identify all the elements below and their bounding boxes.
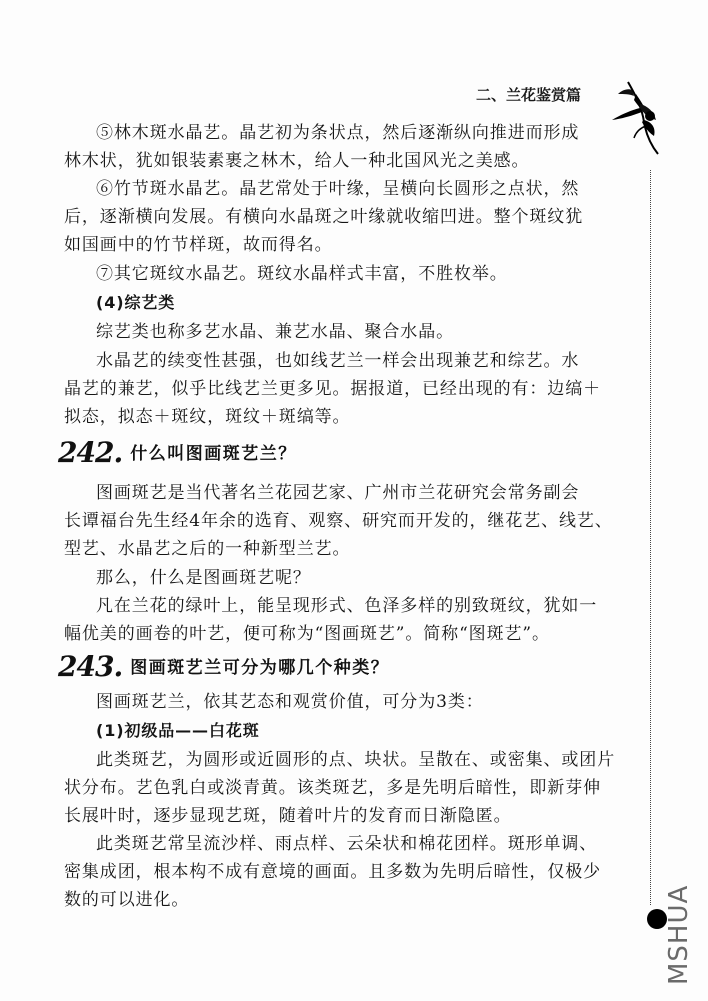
paragraph-line: ⑤林木斑水晶艺。晶艺初为条状点，然后逐渐纵向推进而形成 <box>96 123 579 143</box>
paragraph-line: 长展叶时，逐步显现艺斑，随着叶片的发育而日渐隐匿。 <box>64 806 512 826</box>
question-number: 242. <box>58 436 122 469</box>
question-heading-243: 243.图画斑艺兰可分为哪几个种类？ <box>58 650 389 683</box>
paragraph-line: 长谭福台先生经4年余的选育、观察、研究而开发的，继花艺、线艺、 <box>64 511 613 531</box>
running-header: 二、兰花鉴赏篇 <box>476 84 581 105</box>
paragraph-line: 后，逐渐横向发展。有横向水晶斑之叶缘就收缩凹进。整个斑纹犹 <box>64 207 583 227</box>
paragraph-line: 拟态，拟态＋斑纹，斑纹＋斑缟等。 <box>64 407 350 427</box>
question-heading-242: 242.什么叫图画斑艺兰？ <box>58 436 297 469</box>
orchid-sprig-icon <box>606 78 672 158</box>
watermark: MSHUA <box>664 885 694 985</box>
paragraph-line: 密集成团，根本构不成有意境的画面。且多数为先明后暗性，仅极少 <box>64 862 601 882</box>
paragraph-line: 水晶艺的续变性甚强，也如线艺兰一样会出现兼艺和综艺。水 <box>96 351 579 371</box>
paragraph-line: 综艺类也称多艺水晶、兼艺水晶、聚合水晶。 <box>96 322 454 342</box>
paragraph-line: 图画斑艺兰，依其艺态和观赏价值，可分为3类： <box>96 692 484 712</box>
paragraph-line: 那么，什么是图画斑艺呢？ <box>96 568 311 588</box>
paragraph-line: 此类斑艺，为圆形或近圆形的点、块状。呈散在、或密集、或团片 <box>96 750 615 770</box>
question-number: 243. <box>58 650 122 683</box>
paragraph-line: 如国画中的竹节样斑，故而得名。 <box>64 235 333 255</box>
question-title: 图画斑艺兰可分为哪几个种类？ <box>130 658 389 678</box>
subheading: (1)初级品——白花斑 <box>96 721 260 741</box>
paragraph-line: 图画斑艺是当代著名兰花园艺家、广州市兰花研究会常务副会 <box>96 483 579 503</box>
subheading: (4)综艺类 <box>96 293 175 313</box>
paragraph-line: 幅优美的画卷的叶艺，便可称为“图画斑艺”。简称“图斑艺”。 <box>64 624 550 644</box>
paragraph-line: 此类斑艺常呈流沙样、雨点样、云朵状和棉花团样。斑形单调、 <box>96 834 597 854</box>
paragraph-line: 状分布。艺色乳白或淡青黄。该类斑艺，多是先明后暗性，即新芽伸 <box>64 778 601 798</box>
paragraph-line: ⑥竹节斑水晶艺。晶艺常处于叶缘，呈横向长圆形之点状，然 <box>96 179 579 199</box>
margin-dotted-rule <box>650 170 651 905</box>
paragraph-line: 凡在兰花的绿叶上，能呈现形式、色泽多样的别致斑纹，犹如一 <box>96 596 597 616</box>
book-page: 二、兰花鉴赏篇 ⑤林木斑水晶艺。晶艺初为条状点，然后逐渐纵向推进而形成 林木状，… <box>0 0 708 1001</box>
question-title: 什么叫图画斑艺兰？ <box>130 444 297 464</box>
paragraph-line: 型艺、水晶艺之后的一种新型兰艺。 <box>64 539 350 559</box>
paragraph-line: ⑦其它斑纹水晶艺。斑纹水晶样式丰富，不胜枚举。 <box>96 264 508 284</box>
paragraph-line: 晶艺的兼艺，似乎比线艺兰更多见。据报道，已经出现的有：边缟＋ <box>64 379 601 399</box>
paragraph-line: 林木状，犹如银装素裹之林木，给人一种北国风光之美感。 <box>64 151 529 171</box>
paragraph-line: 数的可以进化。 <box>64 890 189 910</box>
